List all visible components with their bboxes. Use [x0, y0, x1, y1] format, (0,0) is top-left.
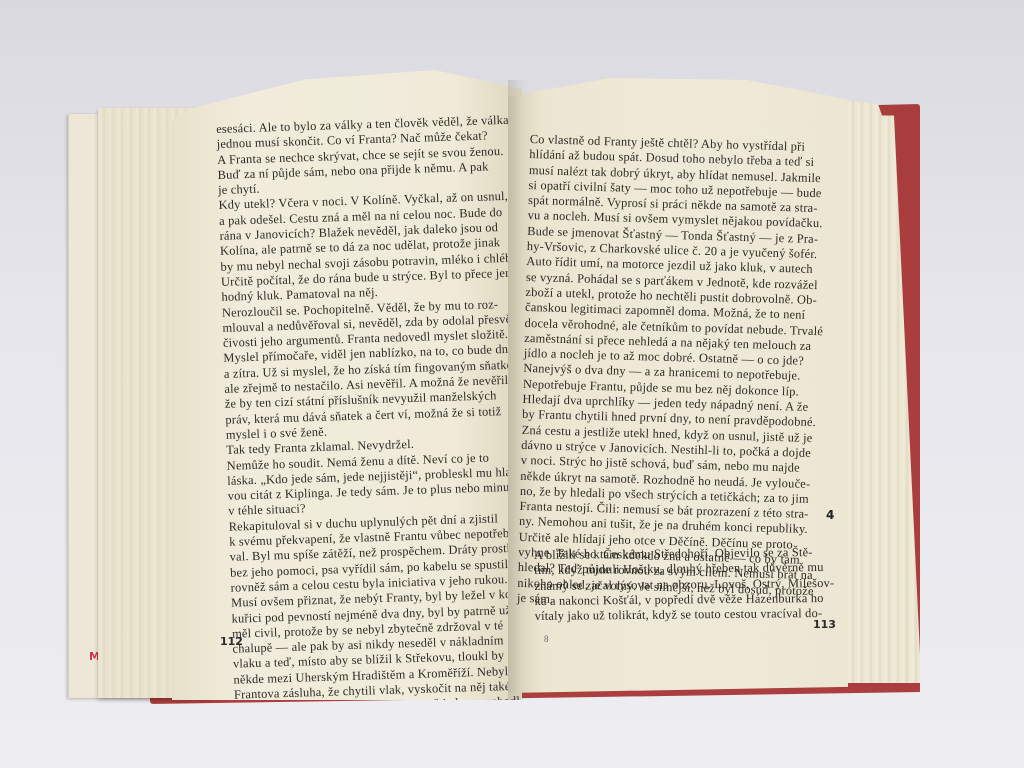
chapter-number: 4 — [826, 508, 834, 522]
photo-scene: Au mu vě ro lič ve te jal lo a de ni sp … — [0, 0, 1024, 768]
right-page: Co vlastně od Franty ještě chtěl? Aby ho… — [508, 78, 848, 693]
left-page-text: esesáci. Ale to bylo za války a ten člov… — [216, 113, 522, 700]
right-page-text: Co vlastně od Franty ještě chtěl? Aby ho… — [517, 132, 845, 615]
printer-signature-mark: 8 — [544, 634, 549, 644]
page-number-right: 113 — [813, 618, 836, 631]
left-page: esesáci. Ale to bylo za války a ten člov… — [172, 70, 522, 700]
page-number-left: 112 — [220, 635, 243, 648]
chapter-opening-text: A blížili se k Českému Středohoří. Objev… — [534, 545, 835, 625]
text-line: vítaly jako už tolikrát, když se touto c… — [535, 606, 835, 624]
